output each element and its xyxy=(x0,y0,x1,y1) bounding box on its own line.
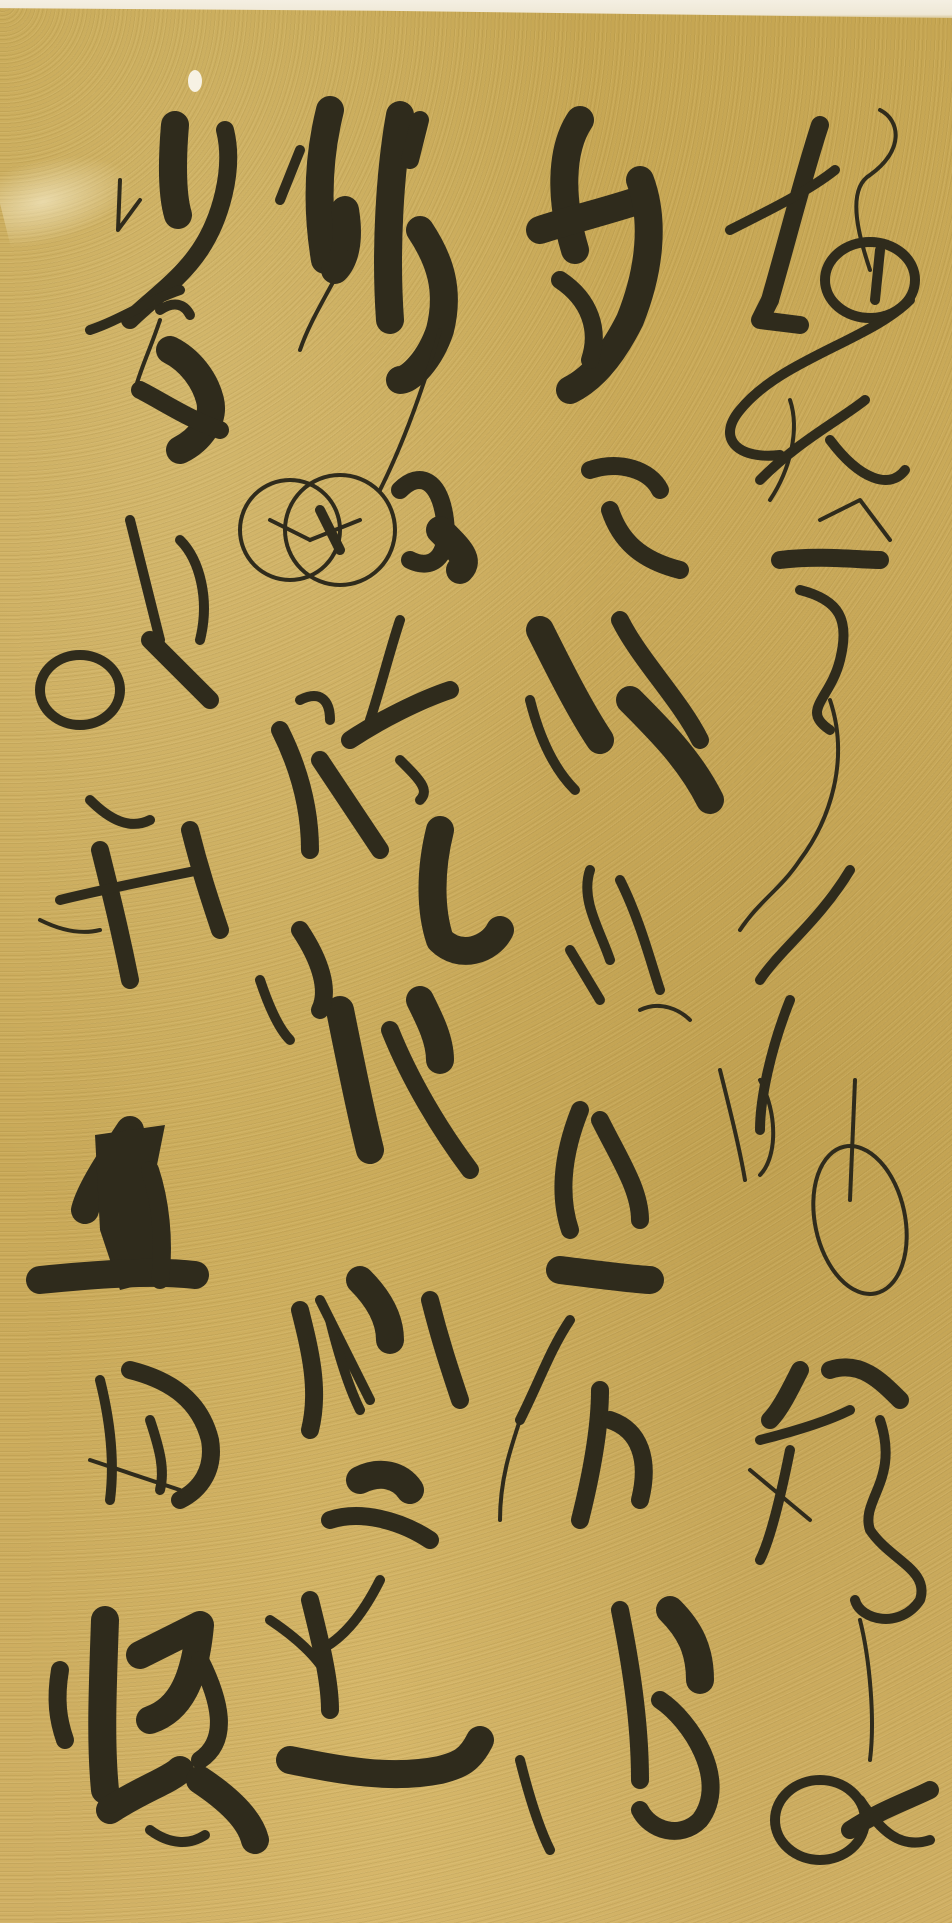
column-5 xyxy=(40,125,255,1842)
calligraphy-artwork xyxy=(0,0,952,1923)
ink-strokes xyxy=(0,0,952,1923)
column-2 xyxy=(500,120,711,1850)
column-1 xyxy=(720,110,930,1860)
